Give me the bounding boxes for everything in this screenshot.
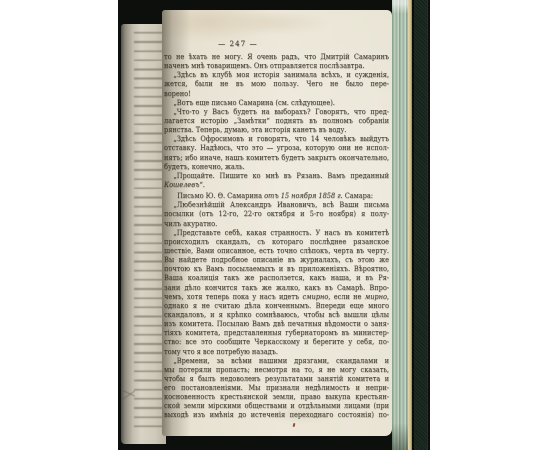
text-line: чтобы я былъ недоволенъ результатами зан… — [164, 375, 389, 384]
text-line: мы потеряли пропасть; несмотря на то, я … — [164, 366, 389, 375]
text-line: косновенность крестьянской земли, право … — [164, 393, 389, 402]
left-page-text-fragments — [134, 32, 165, 432]
book-photo: — 247 — то не ѣхать не могу. Я очень рад… — [118, 0, 430, 450]
text-line: лагается исторію „Замѣтки“ поднять въ по… — [164, 117, 389, 126]
text-line: жется, были не въ мою пользу. Чего не бы… — [164, 80, 389, 89]
text-line: выходѣ изъ имѣнія до истеченія переходна… — [164, 411, 389, 420]
text-line: „Любезнѣйшій Александръ Ивановичъ, всѣ В… — [164, 201, 389, 210]
text-line: Кошелевъ“. — [164, 181, 389, 190]
text-line: „Времени, за всѣми нашими дрязгами, скан… — [164, 357, 389, 366]
text-line: Ваша коалиція такъ же расползется, какъ … — [164, 274, 389, 283]
text-line: „Представьте себѣ, какая странность. У н… — [164, 229, 389, 238]
text-line: его постановленіями. Мы признали недѣлим… — [164, 384, 389, 393]
text-line: „Что-то у Васъ будетъ на выборахъ? Говор… — [164, 108, 389, 117]
text-line: Письмо Ю. Ѳ. Самарина отъ 15 ноября 1858… — [164, 192, 389, 201]
book-page: — 247 — то не ѣхать не могу. Я очень рад… — [162, 10, 392, 436]
text-line: изъ комитета. Посылаю Вамъ двѣ печатныя … — [164, 320, 389, 329]
page-number: — 247 — — [218, 39, 298, 48]
text-line: ство: все это сообщите Черкасскому и бер… — [164, 338, 389, 347]
text-line: зани дѣло кончится такъ же жалко, какъ в… — [164, 284, 389, 293]
text-line: происходилъ скандалъ, съ котораго послѣд… — [164, 238, 389, 247]
text-line: почтою къ Вамъ посылаемыхъ и въ приложен… — [164, 265, 389, 274]
text-block: то не ѣхать не могу. Я очень радъ, что Д… — [164, 53, 389, 421]
text-line: тіяхъ комитета, представленныя губернато… — [164, 329, 389, 338]
text-line: чемъ, хотя теперь пока у насъ идетъ смир… — [164, 293, 389, 302]
text-line: рянства. Теперь, думаю, эта исторія кане… — [164, 126, 389, 135]
margin-marks — [123, 380, 135, 406]
text-line: ской земли мірскими обществами и отдѣльн… — [164, 402, 389, 411]
text-line: посылки (отъ 12-го, 22-го октября и 5-го… — [164, 210, 389, 219]
book-cover — [412, 0, 428, 450]
text-line: тому что я все потребую назадъ. — [164, 348, 389, 357]
text-line: чилъ акуратно. — [164, 220, 389, 229]
screenshot-background: — 247 — то не ѣхать не могу. Я очень рад… — [0, 0, 550, 450]
text-line: ворено! — [164, 90, 389, 99]
text-line: наченъ мнѣ товарищемъ. Онъ отправляется … — [164, 62, 389, 71]
ink-speck — [293, 423, 296, 427]
text-line: „Здѣсь въ клубѣ моя исторія занимала всѣ… — [164, 71, 389, 80]
text-line: отставку. Надѣюсь, что это — угроза, кот… — [164, 144, 389, 153]
foxing-stain-top-right — [232, 12, 352, 34]
gutter-shadow — [162, 10, 192, 436]
text-line: „Прощайте. Пишите ко мнѣ въ Рязань. Вамъ… — [164, 172, 389, 181]
left-page-edge — [121, 24, 166, 444]
text-line: „Вотъ еще письмо Самарина (см. слѣдующее… — [164, 99, 389, 108]
text-line: „Здѣсь Офросимовъ и говорятъ, что 14 чел… — [164, 135, 389, 144]
fore-edge-pages — [392, 0, 408, 450]
text-line: однако я не считаю дѣла конченнымъ. Впер… — [164, 302, 389, 311]
text-line: скандаловъ, и я крѣпко сомнѣваюсь, чтобы… — [164, 311, 389, 320]
text-line: то не ѣхать не могу. Я очень радъ, что Д… — [164, 53, 389, 62]
text-line: Вы найдете подробное описаніе въ журнала… — [164, 256, 389, 265]
text-line: шествіе, Вами описанное, есть точно слѣп… — [164, 247, 389, 256]
text-line: будетъ, конечно, жаль. — [164, 163, 389, 172]
text-line: нятъ; ибо иначе, нашъ комитетъ будетъ за… — [164, 154, 389, 163]
